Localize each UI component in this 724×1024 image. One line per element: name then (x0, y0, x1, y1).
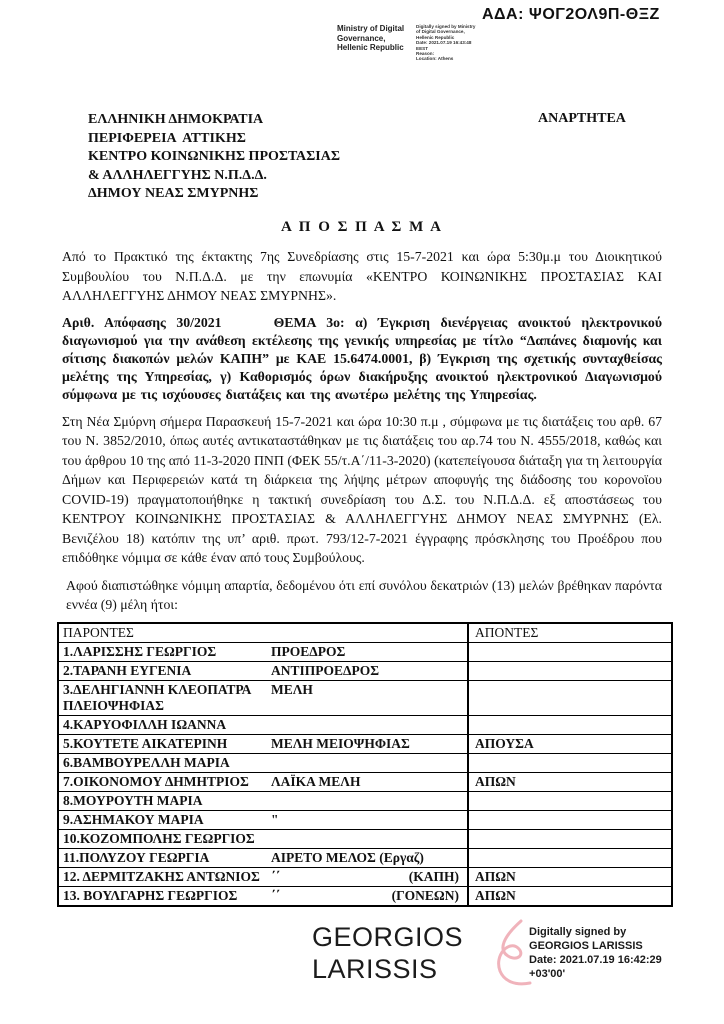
text-line: ΕΛΛΗΝΙΚΗ ΔΗΜΟΚΡΑΤΙΑ (88, 111, 340, 130)
member-line: 6.ΒΑΜΒΟΥΡΕΛΛΗ ΜΑΡΙΑ (63, 755, 463, 771)
member-line: 4.ΚΑΡΥΟΦΙΛΛΗ ΙΩΑΝΝΑ (63, 717, 463, 733)
member-line: 13. ΒΟΥΛΓΑΡΗΣ ΓΕΩΡΓΙΟΣ΄΄(ΓΟΝΕΩΝ) (63, 888, 463, 904)
text-line: Location: Athens (416, 56, 486, 61)
attendance-table-body: 1.ΛΑΡΙΣΣΗΣ ΓΕΩΡΓΙΟΣΠΡΟΕΔΡΟΣ2.ΤΑΡΑΝΗ ΕΥΓΕ… (59, 643, 671, 905)
table-row: 4.ΚΑΡΥΟΦΙΛΛΗ ΙΩΑΝΝΑ (59, 716, 671, 735)
ministry-digital-signature-stamp: Ministry of Digital Governance, Hellenic… (337, 24, 486, 62)
table-row: 3.ΔΕΛΗΓΙΑΝΝΗ ΚΛΕΟΠΑΤΡΑΜΕΛΗΠΛΕΙΟΨΗΦΙΑΣ (59, 681, 671, 716)
present-cell: 9.ΑΣΗΜΑΚΟΥ ΜΑΡΙΑ" (59, 811, 469, 829)
table-row: 12. ΔΕΡΜΙΤΖΑΚΗΣ ΑΝΤΩΝΙΟΣ΄΄(ΚΑΠΗ)ΑΠΩΝ (59, 868, 671, 887)
table-row: 11.ΠΟΛΥΖΟΥ ΓΕΩΡΓΙΑΑΙΡΕΤΟ ΜΕΛΟΣ (Εργαζ) (59, 849, 671, 868)
member-name: 2.ΤΑΡΑΝΗ ΕΥΓΕΝΙΑ (63, 663, 271, 679)
member-role-group: (ΚΑΠΗ) (409, 869, 463, 885)
absence-status: ΑΠΩΝ (469, 887, 671, 905)
absence-status (469, 849, 671, 867)
absence-status: ΑΠΩΝ (469, 773, 671, 791)
member-role: ΄΄ (271, 888, 280, 904)
present-column-header: ΠΑΡΟΝΤΕΣ (59, 624, 469, 642)
member-name: 5.ΚΟΥΤΕΤΕ ΑΙΚΑΤΕΡΙΝΗ (63, 736, 271, 752)
text-line: Date: 2021.07.19 16:42:29 (529, 953, 662, 967)
member-name: 8.ΜΟΥΡΟΥΤΗ ΜΑΡΙΑ (63, 793, 271, 809)
table-row: 2.ΤΑΡΑΝΗ ΕΥΓΕΝΙΑΑΝΤΙΠΡΟΕΔΡΟΣ (59, 662, 671, 681)
table-row: 8.ΜΟΥΡΟΥΤΗ ΜΑΡΙΑ (59, 792, 671, 811)
member-name: 1.ΛΑΡΙΣΣΗΣ ΓΕΩΡΓΙΟΣ (63, 644, 271, 660)
attendance-table-header: ΠΑΡΟΝΤΕΣ ΑΠΟΝΤΕΣ (59, 624, 671, 643)
anartitea-label: ΑΝΑΡΤΗΤΕΑ (538, 111, 626, 127)
intro-paragraph: Από το Πρακτικό της έκτακτης 7ης Συνεδρί… (62, 247, 662, 306)
member-line: 11.ΠΟΛΥΖΟΥ ΓΕΩΡΓΙΑΑΙΡΕΤΟ ΜΕΛΟΣ (Εργαζ) (63, 850, 463, 866)
present-cell: 5.ΚΟΥΤΕΤΕ ΑΙΚΑΤΕΡΙΝΗΜΕΛΗ ΜΕΙΟΨΗΦΙΑΣ (59, 735, 469, 753)
absence-status: ΑΠΟΥΣΑ (469, 735, 671, 753)
member-line: 12. ΔΕΡΜΙΤΖΑΚΗΣ ΑΝΤΩΝΙΟΣ΄΄(ΚΑΠΗ) (63, 869, 463, 885)
present-cell: 1.ΛΑΡΙΣΣΗΣ ΓΕΩΡΓΙΟΣΠΡΟΕΔΡΟΣ (59, 643, 469, 661)
text-line: ΚΕΝΤΡΟ ΚΟΙΝΩΝΙΚΗΣ ΠΡΟΣΤΑΣΙΑΣ (88, 148, 340, 167)
member-name: 9.ΑΣΗΜΑΚΟΥ ΜΑΡΙΑ (63, 812, 271, 828)
member-name: 3.ΔΕΛΗΓΙΑΝΝΗ ΚΛΕΟΠΑΤΡΑ (63, 682, 271, 698)
text-line: GEORGIOS (312, 921, 463, 953)
session-paragraph: Στη Νέα Σμύρνη σήμερα Παρασκευή 15-7-202… (62, 412, 662, 568)
ministry-stamp-text: Ministry of Digital Governance, Hellenic… (337, 24, 411, 62)
member-line: 7.ΟΙΚΟΝΟΜΟΥ ΔΗΜΗΤΡΙΟΣΛΑΪΚΑ ΜΕΛΗ (63, 774, 463, 790)
signature-name: GEORGIOSLARISSIS (312, 921, 463, 985)
table-row: 6.ΒΑΜΒΟΥΡΕΛΛΗ ΜΑΡΙΑ (59, 754, 671, 773)
member-line: 5.ΚΟΥΤΕΤΕ ΑΙΚΑΤΕΡΙΝΗΜΕΛΗ ΜΕΙΟΨΗΦΙΑΣ (63, 736, 463, 752)
table-row: 1.ΛΑΡΙΣΣΗΣ ΓΕΩΡΓΙΟΣΠΡΟΕΔΡΟΣ (59, 643, 671, 662)
table-row: 9.ΑΣΗΜΑΚΟΥ ΜΑΡΙΑ" (59, 811, 671, 830)
present-cell: 8.ΜΟΥΡΟΥΤΗ ΜΑΡΙΑ (59, 792, 469, 810)
member-line: 2.ΤΑΡΑΝΗ ΕΥΓΕΝΙΑΑΝΤΙΠΡΟΕΔΡΟΣ (63, 663, 463, 679)
signature-details: Digitally signed byGEORGIOS LARISSISDate… (529, 925, 662, 981)
absence-status (469, 754, 671, 772)
absent-column-header: ΑΠΟΝΤΕΣ (469, 624, 671, 642)
decision-paragraph: Αριθ. Απόφασης 30/2021ΘΕΜΑ 3ο: α) Έγκρισ… (62, 314, 662, 404)
text-line: GEORGIOS LARISSIS (529, 939, 662, 953)
member-role-group: (ΓΟΝΕΩΝ) (392, 888, 463, 904)
table-row: 5.ΚΟΥΤΕΤΕ ΑΙΚΑΤΕΡΙΝΗΜΕΛΗ ΜΕΙΟΨΗΦΙΑΣΑΠΟΥΣ… (59, 735, 671, 754)
text-line: ΠΕΡΙΦΕΡΕΙΑ ΑΤΤΙΚΗΣ (88, 130, 340, 149)
text-line: ΔΗΜΟΥ ΝΕΑΣ ΣΜΥΡΝΗΣ (88, 185, 340, 204)
present-cell: 10.ΚΟΖΟΜΠΟΛΗΣ ΓΕΩΡΓΙΟΣ (59, 830, 469, 848)
table-row: 7.ΟΙΚΟΝΟΜΟΥ ΔΗΜΗΤΡΙΟΣΛΑΪΚΑ ΜΕΛΗΑΠΩΝ (59, 773, 671, 792)
letterhead-block: ΕΛΛΗΝΙΚΗ ΔΗΜΟΚΡΑΤΙΑΠΕΡΙΦΕΡΕΙΑ ΑΤΤΙΚΗΣΚΕΝ… (88, 111, 340, 204)
member-role: ΑΝΤΙΠΡΟΕΔΡΟΣ (271, 663, 379, 679)
signature-block: GEORGIOSLARISSIS Digitally signed byGEOR… (312, 917, 662, 989)
present-cell: 6.ΒΑΜΒΟΥΡΕΛΛΗ ΜΑΡΙΑ (59, 754, 469, 772)
member-role: ΄΄ (271, 869, 280, 885)
member-role: " (271, 812, 279, 828)
member-name: 11.ΠΟΛΥΖΟΥ ΓΕΩΡΓΙΑ (63, 850, 271, 866)
present-cell: 4.ΚΑΡΥΟΦΙΛΛΗ ΙΩΑΝΝΑ (59, 716, 469, 734)
stamp-signature-details: Digitally signed by Ministryof Digital G… (416, 24, 486, 62)
absence-status (469, 662, 671, 680)
present-cell: 7.ΟΙΚΟΝΟΜΟΥ ΔΗΜΗΤΡΙΟΣΛΑΪΚΑ ΜΕΛΗ (59, 773, 469, 791)
table-row: 13. ΒΟΥΛΓΑΡΗΣ ΓΕΩΡΓΙΟΣ΄΄(ΓΟΝΕΩΝ)ΑΠΩΝ (59, 887, 671, 905)
absence-status (469, 716, 671, 734)
absence-status (469, 681, 671, 715)
absence-status (469, 643, 671, 661)
member-line: 1.ΛΑΡΙΣΣΗΣ ΓΕΩΡΓΙΟΣΠΡΟΕΔΡΟΣ (63, 644, 463, 660)
decision-number: Αριθ. Απόφασης 30/2021 (62, 315, 222, 330)
member-name: 6.ΒΑΜΒΟΥΡΕΛΛΗ ΜΑΡΙΑ (63, 755, 271, 771)
member-line: 3.ΔΕΛΗΓΙΑΝΝΗ ΚΛΕΟΠΑΤΡΑΜΕΛΗ (63, 682, 463, 698)
document-body: Από το Πρακτικό της έκτακτης 7ης Συνεδρί… (62, 247, 662, 989)
document-page: ΑΔΑ: ΨΟΓ2ΟΛ9Π-ΘΞΖ Ministry of Digital Go… (0, 0, 724, 1024)
ada-number: ΑΔΑ: ΨΟΓ2ΟΛ9Π-ΘΞΖ (482, 6, 660, 24)
present-cell: 2.ΤΑΡΑΝΗ ΕΥΓΕΝΙΑΑΝΤΙΠΡΟΕΔΡΟΣ (59, 662, 469, 680)
member-role: ΜΕΛΗ (271, 682, 313, 698)
member-name: 10.ΚΟΖΟΜΠΟΛΗΣ ΓΕΩΡΓΙΟΣ (63, 831, 271, 847)
member-role-line2: ΠΛΕΙΟΨΗΦΙΑΣ (63, 698, 463, 714)
absence-status (469, 811, 671, 829)
present-cell: 12. ΔΕΡΜΙΤΖΑΚΗΣ ΑΝΤΩΝΙΟΣ΄΄(ΚΑΠΗ) (59, 868, 469, 886)
absence-status: ΑΠΩΝ (469, 868, 671, 886)
present-cell: 13. ΒΟΥΛΓΑΡΗΣ ΓΕΩΡΓΙΟΣ΄΄(ΓΟΝΕΩΝ) (59, 887, 469, 905)
member-line: 9.ΑΣΗΜΑΚΟΥ ΜΑΡΙΑ" (63, 812, 463, 828)
quorum-paragraph: Αφού διαπιστώθηκε νόμιμη απαρτία, δεδομέ… (62, 576, 662, 615)
present-cell: 11.ΠΟΛΥΖΟΥ ΓΕΩΡΓΙΑΑΙΡΕΤΟ ΜΕΛΟΣ (Εργαζ) (59, 849, 469, 867)
text-line: Digitally signed by (529, 925, 662, 939)
present-cell: 3.ΔΕΛΗΓΙΑΝΝΗ ΚΛΕΟΠΑΤΡΑΜΕΛΗΠΛΕΙΟΨΗΦΙΑΣ (59, 681, 469, 715)
member-line: 8.ΜΟΥΡΟΥΤΗ ΜΑΡΙΑ (63, 793, 463, 809)
member-role: ΑΙΡΕΤΟ ΜΕΛΟΣ (Εργαζ) (271, 850, 424, 866)
member-name: 7.ΟΙΚΟΝΟΜΟΥ ΔΗΜΗΤΡΙΟΣ (63, 774, 271, 790)
member-name: 13. ΒΟΥΛΓΑΡΗΣ ΓΕΩΡΓΙΟΣ (63, 888, 271, 904)
attendance-table: ΠΑΡΟΝΤΕΣ ΑΠΟΝΤΕΣ 1.ΛΑΡΙΣΣΗΣ ΓΕΩΡΓΙΟΣΠΡΟΕ… (57, 622, 673, 907)
text-line: LARISSIS (312, 953, 463, 985)
text-line: +03'00' (529, 967, 662, 981)
document-title: Α Π Ο Σ Π Α Σ Μ Α (0, 219, 724, 236)
member-role: ΛΑΪΚΑ ΜΕΛΗ (271, 774, 360, 790)
absence-status (469, 792, 671, 810)
text-line: & ΑΛΛΗΛΕΓΓΥΗΣ Ν.Π.Δ.Δ. (88, 167, 340, 186)
member-name: 4.ΚΑΡΥΟΦΙΛΛΗ ΙΩΑΝΝΑ (63, 717, 271, 733)
absence-status (469, 830, 671, 848)
member-line: 10.ΚΟΖΟΜΠΟΛΗΣ ΓΕΩΡΓΙΟΣ (63, 831, 463, 847)
member-role: ΜΕΛΗ ΜΕΙΟΨΗΦΙΑΣ (271, 736, 410, 752)
member-role: ΠΡΟΕΔΡΟΣ (271, 644, 345, 660)
member-name: 12. ΔΕΡΜΙΤΖΑΚΗΣ ΑΝΤΩΝΙΟΣ (63, 869, 271, 885)
table-row: 10.ΚΟΖΟΜΠΟΛΗΣ ΓΕΩΡΓΙΟΣ (59, 830, 671, 849)
